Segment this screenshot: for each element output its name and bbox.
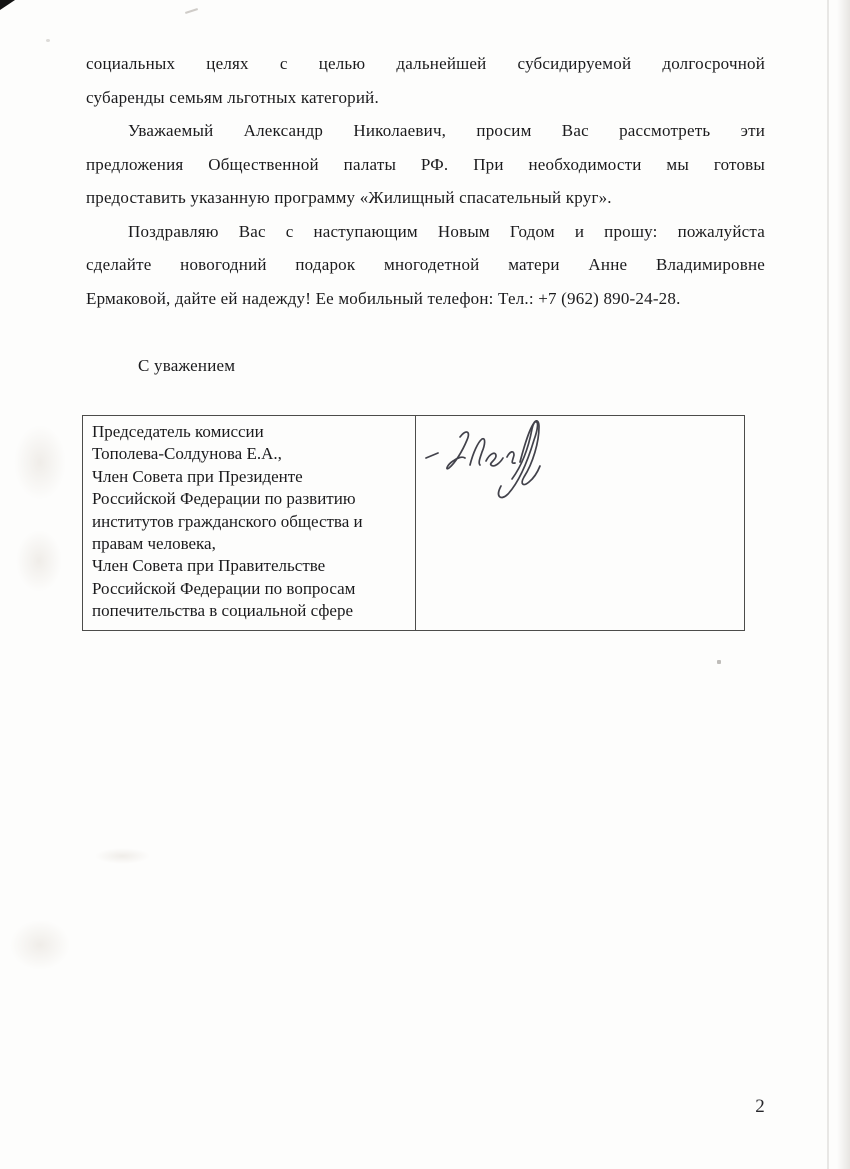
body-line: сделайте новогодний подарок многодетной … — [86, 248, 765, 282]
signer-line: Российской Федерации по развитию — [92, 488, 407, 510]
signature-table: Председатель комиссии Тополева-Солдунова… — [82, 415, 745, 631]
scan-speck — [717, 660, 721, 664]
closing-text: С уважением — [138, 349, 765, 383]
scan-edge-shadow — [837, 0, 850, 1169]
letter-body: социальных целях с целью дальнейшей субс… — [86, 47, 765, 382]
page-number: 2 — [748, 1096, 772, 1118]
scanned-letter-page: социальных целях с целью дальнейшей субс… — [0, 0, 850, 1169]
signer-line: правам человека, — [92, 533, 407, 555]
scan-mark — [185, 8, 198, 14]
scan-corner-artifact — [0, 0, 15, 10]
body-line: предоставить указанную программу «Жилищн… — [86, 181, 765, 215]
signer-line: Член Совета при Президенте — [92, 466, 407, 488]
signature-icon — [416, 416, 744, 629]
scan-smudge — [16, 530, 62, 592]
scan-smudge — [10, 920, 70, 970]
body-line: Поздравляю Вас с наступающим Новым Годом… — [86, 215, 765, 249]
body-line: субаренды семьям льготных категорий. — [86, 81, 765, 115]
scan-speck — [46, 39, 50, 42]
signature-cell — [416, 416, 744, 630]
signer-line: попечительства в социальной сфере — [92, 600, 407, 622]
signer-line: институтов гражданского общества и — [92, 511, 407, 533]
signer-info-cell: Председатель комиссии Тополева-Солдунова… — [83, 416, 416, 630]
signer-line: Председатель комиссии — [92, 421, 407, 443]
body-line: предложения Общественной палаты РФ. При … — [86, 148, 765, 182]
scan-smudge — [95, 848, 150, 864]
body-line: Уважаемый Александр Николаевич, просим В… — [86, 114, 765, 148]
signer-line: Российской Федерации по вопросам — [92, 578, 407, 600]
signer-line: Член Совета при Правительстве — [92, 555, 407, 577]
scan-edge-line — [827, 0, 829, 1169]
body-line: социальных целях с целью дальнейшей субс… — [86, 47, 765, 81]
scan-smudge — [14, 425, 66, 500]
body-line: Ермаковой, дайте ей надежду! Ее мобильны… — [86, 282, 765, 316]
signer-line: Тополева-Солдунова Е.А., — [92, 443, 407, 465]
